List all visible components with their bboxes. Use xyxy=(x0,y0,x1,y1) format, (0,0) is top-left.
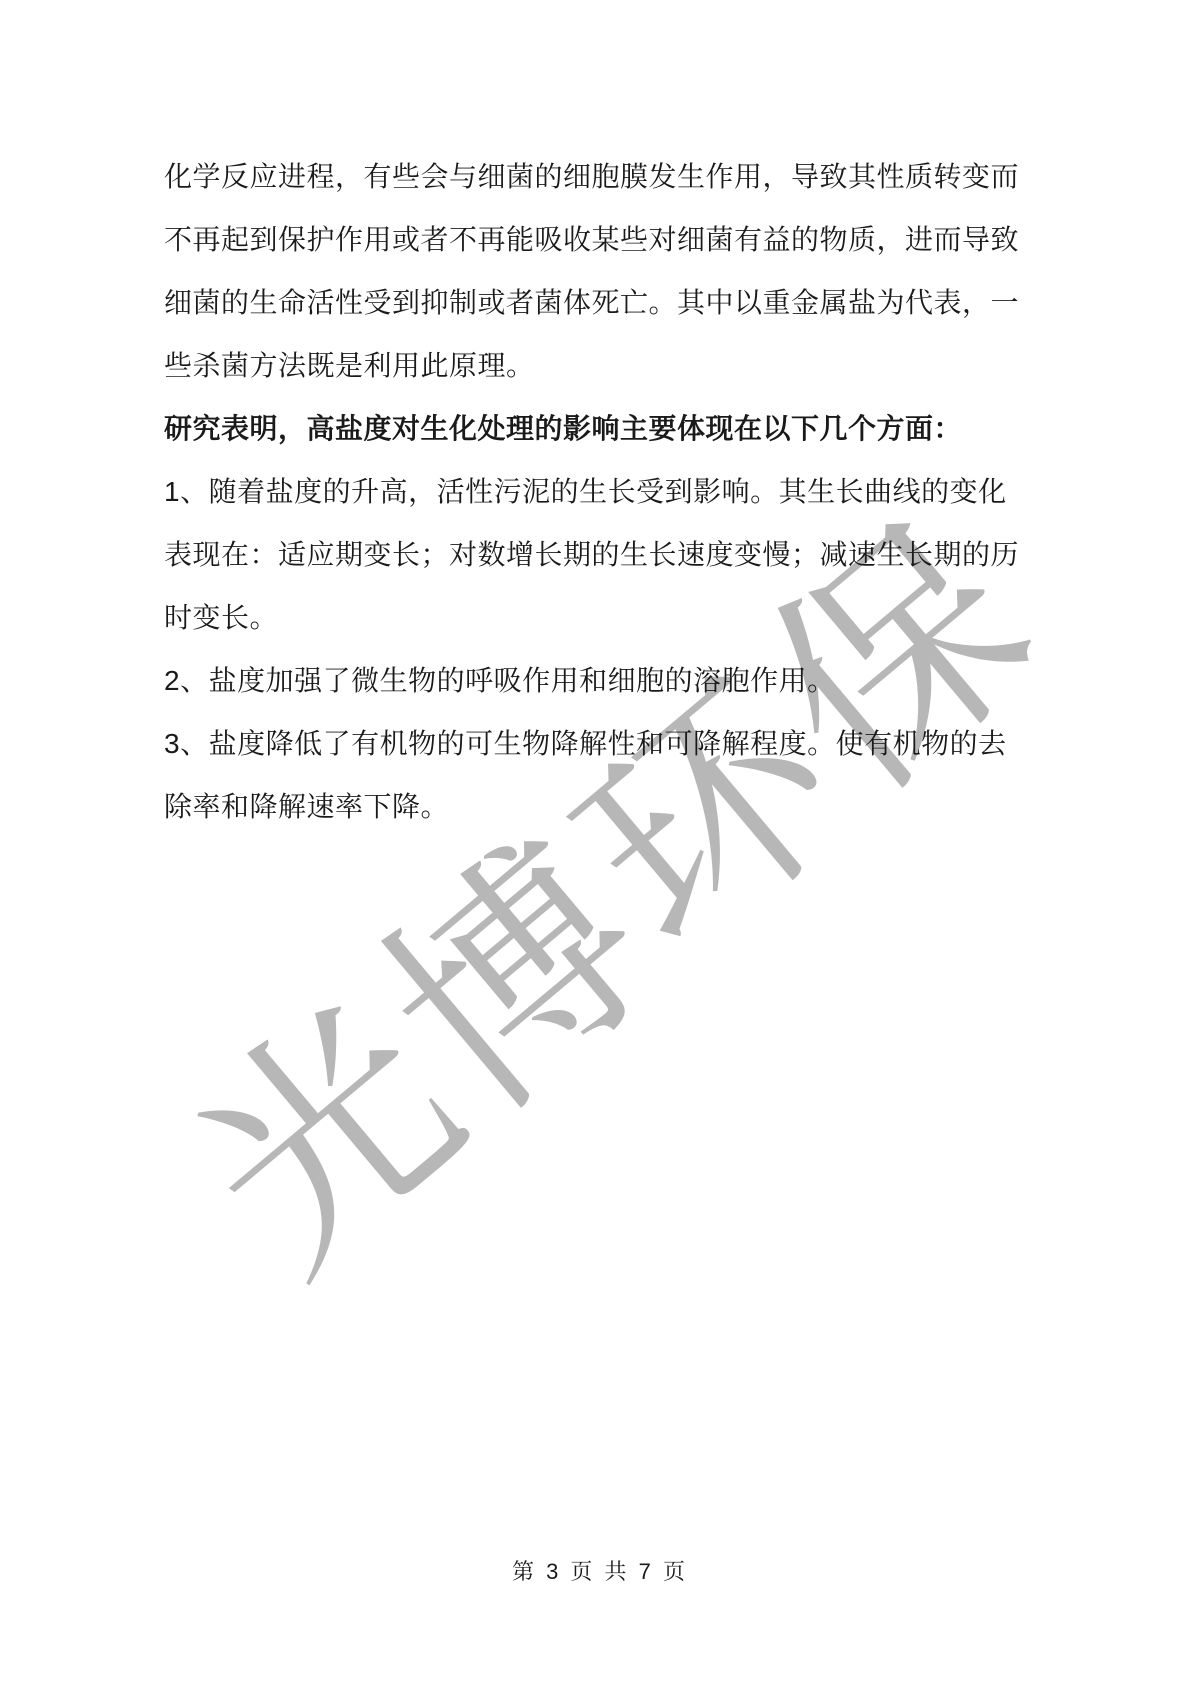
text-line: 不再起到保护作用或者不再能吸收某些对细菌有益的物质，进而导致 xyxy=(164,208,1016,271)
section-heading: 研究表明，高盐度对生化处理的影响主要体现在以下几个方面： xyxy=(164,397,1016,460)
list-item-2: 2、盐度加强了微生物的呼吸作用和细胞的溶胞作用。 xyxy=(164,649,1016,712)
document-page: 光博环保 化学反应进程，有些会与细菌的细胞膜发生作用，导致其性质转变而 不再起到… xyxy=(0,0,1200,1697)
text-line: 除率和降解速率下降。 xyxy=(164,775,1016,838)
heading-line: 研究表明，高盐度对生化处理的影响主要体现在以下几个方面： xyxy=(164,397,1016,460)
text-line: 1、随着盐度的升高，活性污泥的生长受到影响。其生长曲线的变化 xyxy=(164,460,1016,523)
list-item-3: 3、盐度降低了有机物的可生物降解性和可降解程度。使有机物的去 除率和降解速率下降… xyxy=(164,712,1016,838)
list-item-1: 1、随着盐度的升高，活性污泥的生长受到影响。其生长曲线的变化 表现在：适应期变长… xyxy=(164,460,1016,649)
text-line: 化学反应进程，有些会与细菌的细胞膜发生作用，导致其性质转变而 xyxy=(164,145,1016,208)
document-body: 化学反应进程，有些会与细菌的细胞膜发生作用，导致其性质转变而 不再起到保护作用或… xyxy=(164,145,1016,838)
text-line: 表现在：适应期变长；对数增长期的生长速度变慢；减速生长期的历 xyxy=(164,523,1016,586)
text-line: 细菌的生命活性受到抑制或者菌体死亡。其中以重金属盐为代表，一 xyxy=(164,271,1016,334)
text-line: 3、盐度降低了有机物的可生物降解性和可降解程度。使有机物的去 xyxy=(164,712,1016,775)
text-line: 2、盐度加强了微生物的呼吸作用和细胞的溶胞作用。 xyxy=(164,649,1016,712)
body-paragraph-1: 化学反应进程，有些会与细菌的细胞膜发生作用，导致其性质转变而 不再起到保护作用或… xyxy=(164,145,1016,397)
page-number-footer: 第 3 页 共 7 页 xyxy=(0,1556,1200,1588)
text-line: 些杀菌方法既是利用此原理。 xyxy=(164,334,1016,397)
text-line: 时变长。 xyxy=(164,586,1016,649)
